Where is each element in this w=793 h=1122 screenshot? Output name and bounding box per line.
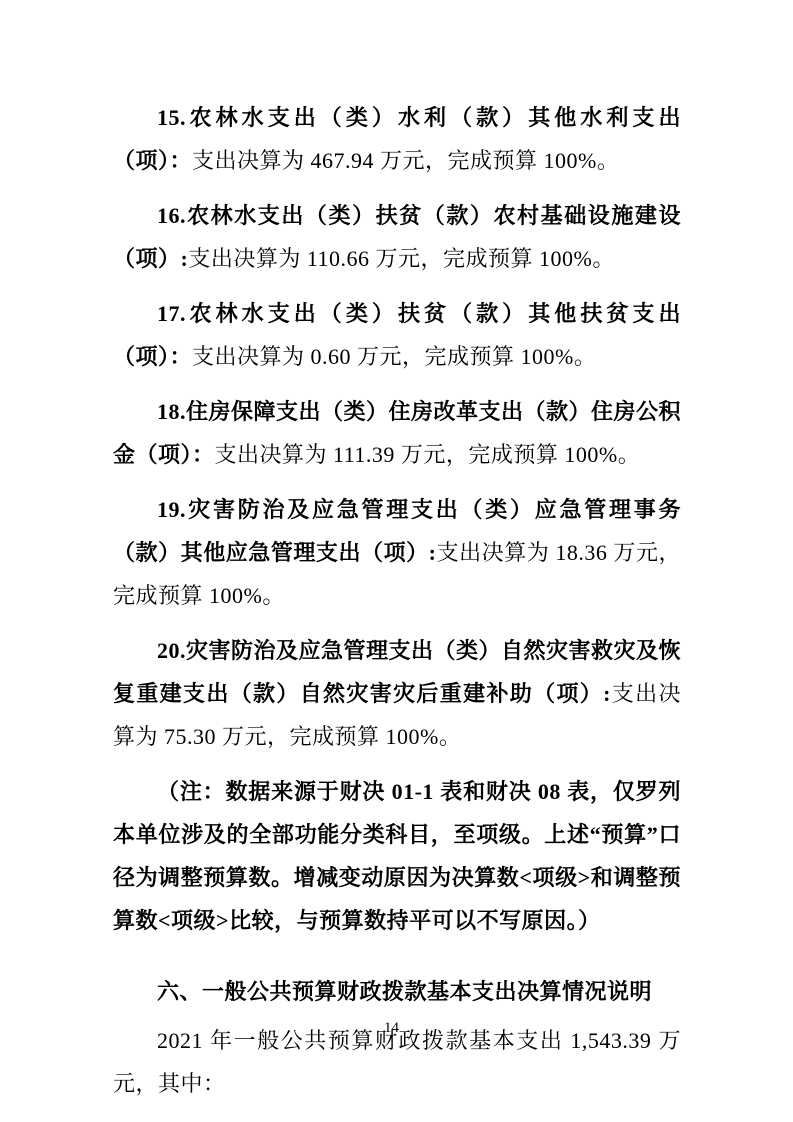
expense-item-20: 20.灾害防治及应急管理支出（类）自然灾害救灾及恢复重建支出（款）自然灾害灾后重…	[113, 629, 681, 758]
expense-item-15-body: 支出决算为 467.94 万元，完成预算 100%。	[192, 148, 619, 173]
data-source-note: （注：数据来源于财决 01-1 表和财决 08 表，仅罗列本单位涉及的全部功能分…	[113, 770, 681, 942]
expense-item-16: 16.农林水支出（类）扶贫（款）农村基础设施建设（项）:支出决算为 110.66…	[113, 194, 681, 280]
expense-item-18-body: 支出决算为 111.39 万元，完成预算 100%。	[215, 442, 641, 467]
expense-item-15: 15.农林水支出（类）水利（款）其他水利支出（项）：支出决算为 467.94 万…	[113, 96, 681, 182]
expense-item-16-body: 支出决算为 110.66 万元，完成预算 100%。	[188, 246, 615, 271]
page-number: 14	[0, 1020, 783, 1037]
section-heading-6: 六、一般公共预算财政拨款基本支出决算情况说明	[113, 970, 681, 1013]
expense-item-17: 17.农林水支出（类）扶贫（款）其他扶贫支出（项）：支出决算为 0.60 万元，…	[113, 292, 681, 378]
expense-item-19: 19.灾害防治及应急管理支出（类）应急管理事务（款）其他应急管理支出（项）:支出…	[113, 488, 681, 617]
expense-item-17-body: 支出决算为 0.60 万元，完成预算 100%。	[192, 344, 596, 369]
document-page: 15.农林水支出（类）水利（款）其他水利支出（项）：支出决算为 467.94 万…	[0, 0, 793, 1122]
expense-item-20-heading: 20.灾害防治及应急管理支出（类）自然灾害救灾及恢复重建支出（款）自然灾害灾后重…	[113, 638, 681, 706]
expense-item-18: 18.住房保障支出（类）住房改革支出（款）住房公积金（项）：支出决算为 111.…	[113, 390, 681, 476]
